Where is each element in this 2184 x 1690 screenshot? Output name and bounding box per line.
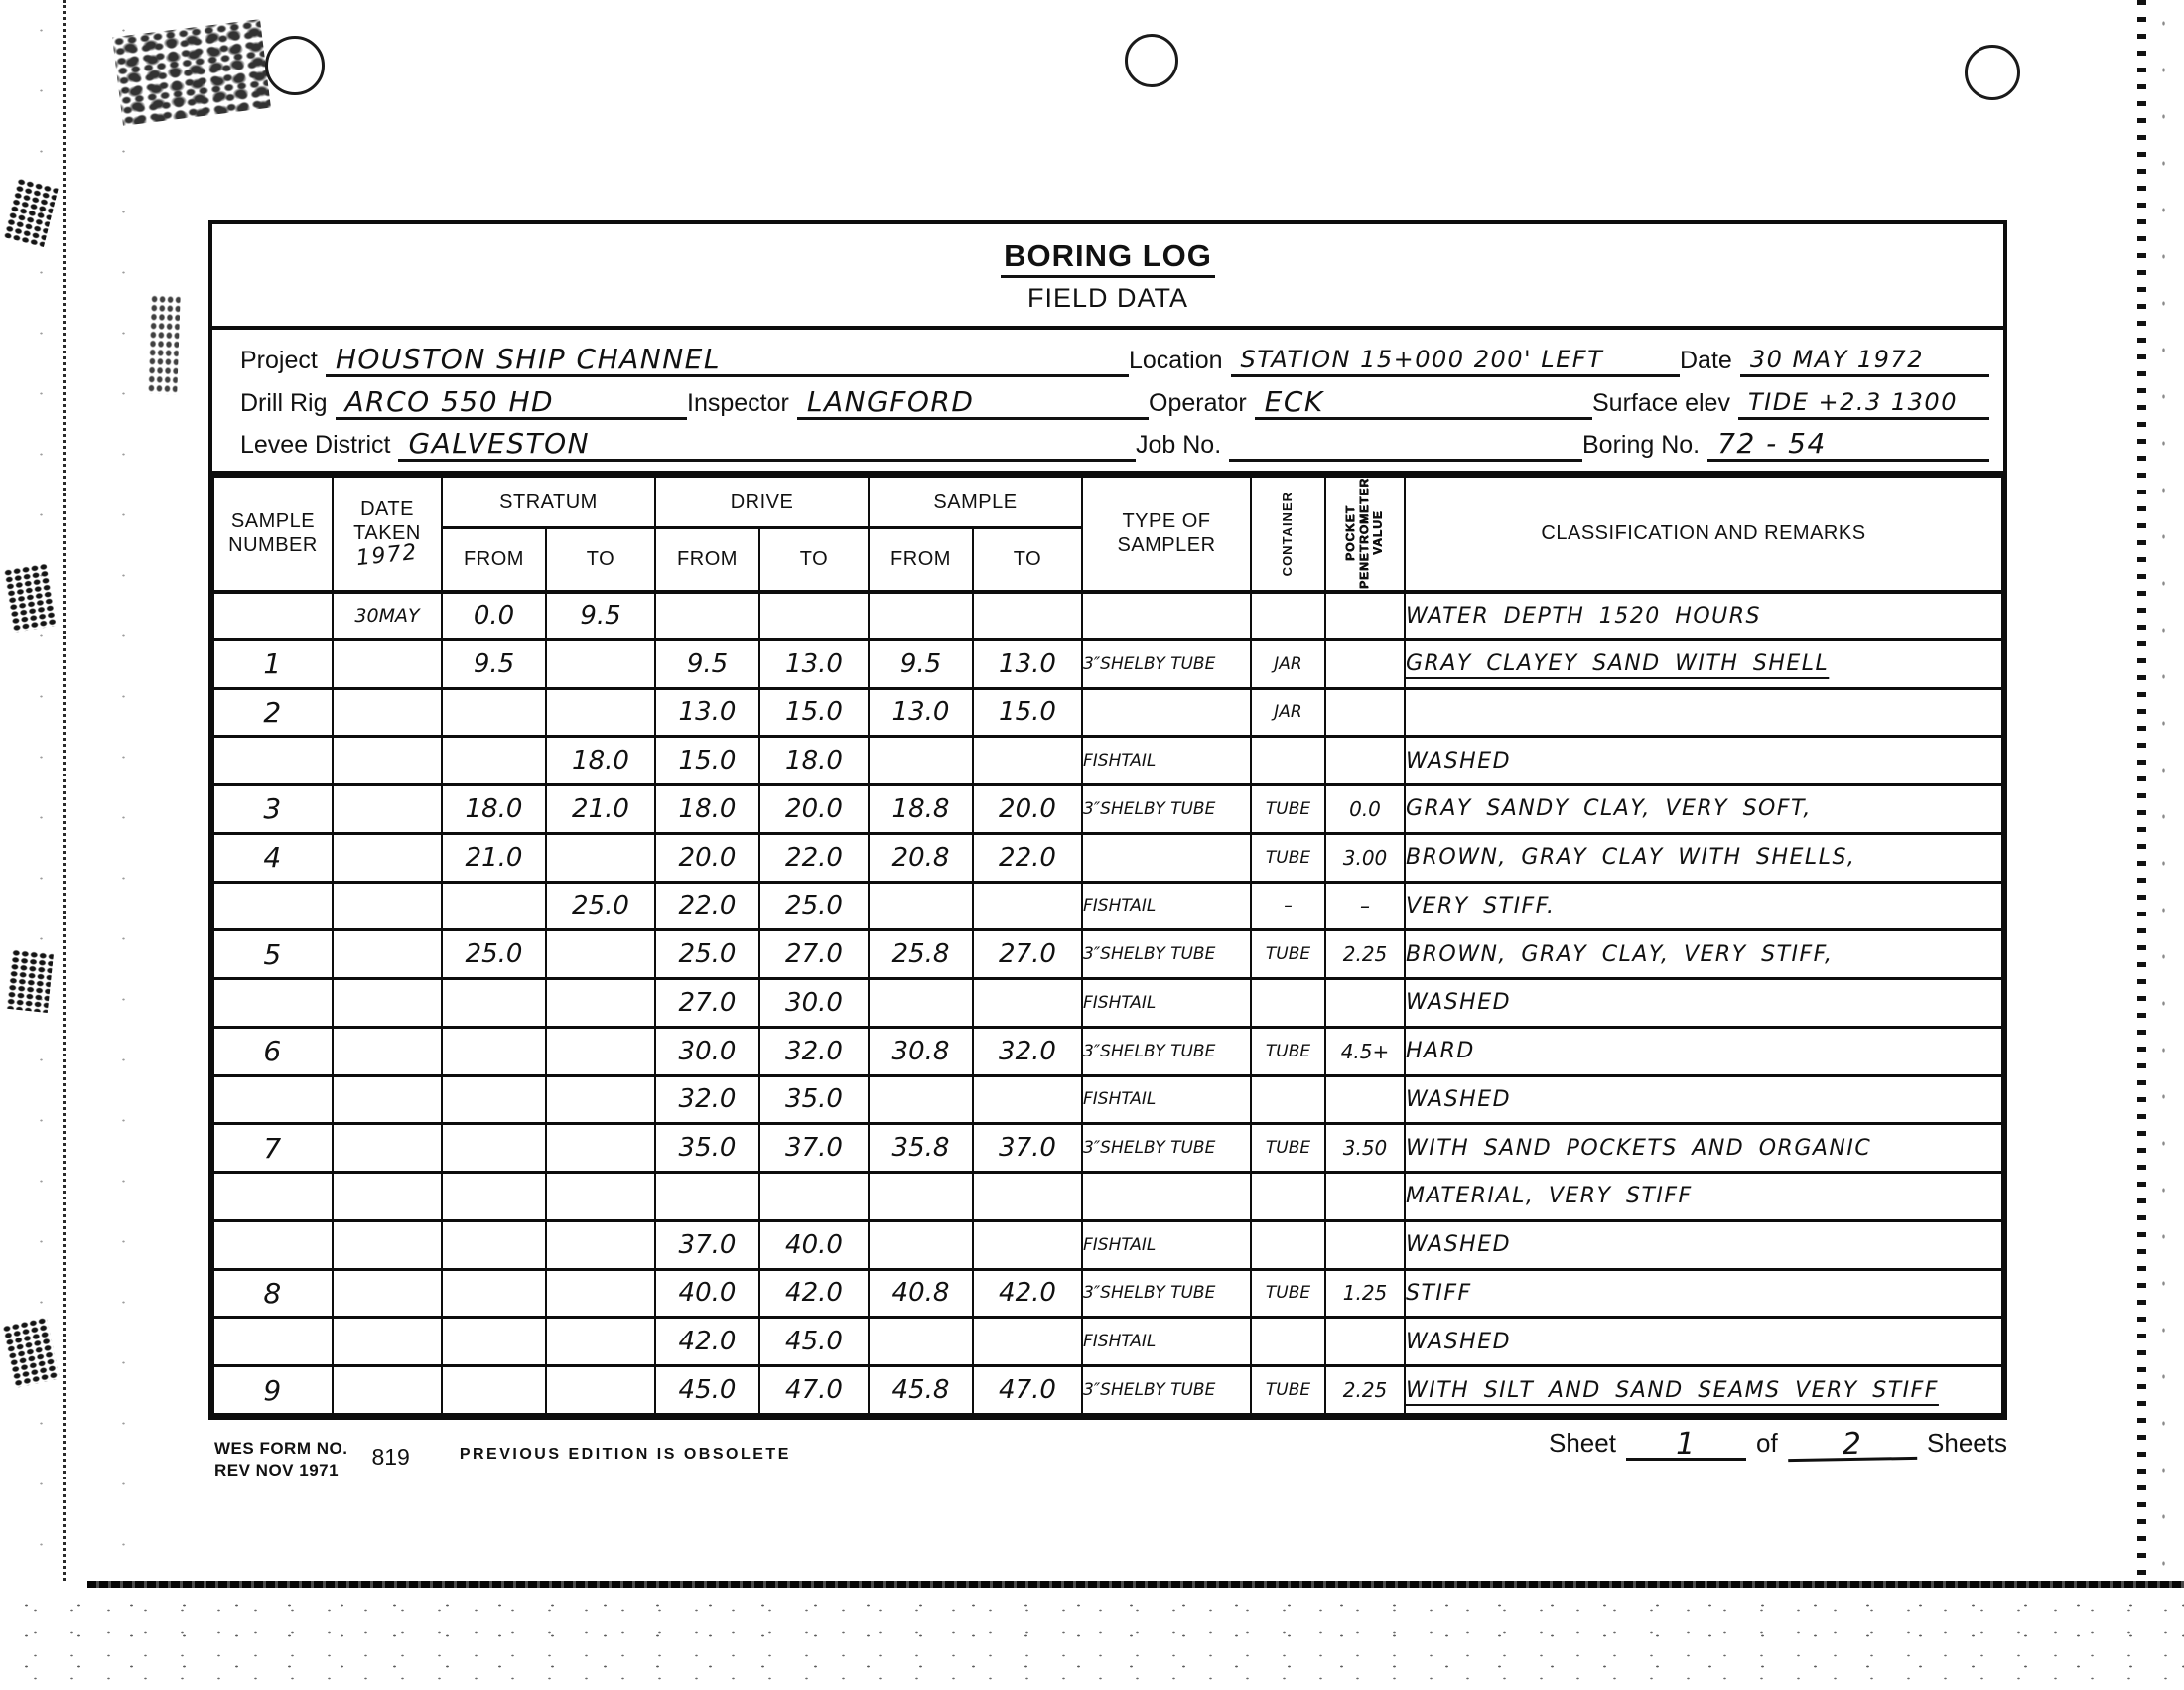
header-stratum: STRATUM [442,477,655,528]
wes-form-line2: REV NOV 1971 [214,1460,347,1481]
cell-stratum-to[interactable]: 9.5 [546,592,655,640]
cell-container[interactable] [1251,1075,1325,1124]
table-row: 1 9.5 9.5 13.0 9.5 13.0 3″SHELBY TUBE JA… [213,639,2002,688]
cell-sample-number[interactable] [213,737,333,785]
cell-sampler[interactable] [1082,688,1251,737]
header-drive-to: TO [759,528,869,592]
cell-stratum-to[interactable] [546,1220,655,1269]
cell-remarks[interactable]: GRAY CLAYEY SAND WITH SHELL [1405,639,2002,688]
location-field[interactable]: STATION 15+000 200' LEFT [1231,345,1680,377]
sheet-counter: Sheet 1 of 2 Sheets [1549,1428,2007,1461]
cell-date-taken[interactable] [333,1124,442,1173]
header-type-of-sampler: TYPE OF SAMPLER [1082,477,1251,592]
cell-sample-to[interactable]: 15.0 [973,688,1082,737]
obsolete-note: PREVIOUS EDITION IS OBSOLETE [460,1446,791,1464]
cell-sampler[interactable]: 3″SHELBY TUBE [1082,930,1251,979]
cell-sample-number[interactable] [213,592,333,640]
cell-sample-to[interactable] [973,737,1082,785]
cell-remarks[interactable]: BROWN, GRAY CLAY WITH SHELLS, [1405,833,2002,882]
cell-sample-from[interactable] [869,979,973,1028]
cell-stratum-from[interactable] [442,1220,546,1269]
cell-sample-from[interactable]: 20.8 [869,833,973,882]
of-label: of [1756,1428,1778,1461]
cell-stratum-from[interactable] [442,979,546,1028]
table-row: 25.0 22.0 25.0 FISHTAIL – – VERY STIFF. [213,882,2002,930]
cell-sample-to[interactable]: 32.0 [973,1027,1082,1075]
cell-penetrometer[interactable]: 0.0 [1325,785,1405,834]
cell-drive-from[interactable]: 37.0 [655,1220,759,1269]
info-row-3: Levee District GALVESTON Job No. Boring … [240,429,1989,462]
cell-remarks[interactable]: GRAY SANDY CLAY, VERY SOFT, [1405,785,2002,834]
cell-drive-from[interactable]: 32.0 [655,1075,759,1124]
cell-remarks[interactable] [1405,688,2002,737]
cell-drive-to[interactable]: 35.0 [759,1075,869,1124]
cell-sampler[interactable]: 3″SHELBY TUBE [1082,639,1251,688]
cell-sample-from[interactable] [869,1318,973,1366]
cell-sample-from[interactable]: 35.8 [869,1124,973,1173]
cell-stratum-to[interactable] [546,1318,655,1366]
cell-drive-to[interactable]: 30.0 [759,979,869,1028]
header-container-label: CONTAINER [1281,492,1296,576]
cell-date-taken[interactable] [333,882,442,930]
cell-date-taken[interactable] [333,1318,442,1366]
cell-stratum-to[interactable]: 25.0 [546,882,655,930]
cell-drive-to[interactable]: 47.0 [759,1366,869,1415]
table-row: 37.0 40.0 FISHTAIL WASHED [213,1220,2002,1269]
cell-stratum-from[interactable] [442,1027,546,1075]
cell-sampler[interactable]: 3″SHELBY TUBE [1082,785,1251,834]
cell-sample-from[interactable] [869,1173,973,1221]
cell-sample-number[interactable]: 4 [213,833,333,882]
cell-date-taken[interactable] [333,1366,442,1415]
cell-penetrometer[interactable]: 2.25 [1325,1366,1405,1415]
cell-sampler[interactable]: 3″SHELBY TUBE [1082,1269,1251,1318]
info-row-2: Drill Rig ARCO 550 HD Inspector LANGFORD… [240,387,1989,420]
inspector-field[interactable]: LANGFORD [797,387,1149,420]
date-label: Date [1680,347,1732,377]
cell-container[interactable]: TUBE [1251,785,1325,834]
header-drive-from: FROM [655,528,759,592]
cell-date-taken[interactable]: 30MAY [333,592,442,640]
table-row: 7 35.0 37.0 35.8 37.0 3″SHELBY TUBE TUBE… [213,1124,2002,1173]
cell-drive-from[interactable]: 27.0 [655,979,759,1028]
cell-sample-from[interactable]: 18.8 [869,785,973,834]
cell-drive-from[interactable]: 22.0 [655,882,759,930]
cell-sample-to[interactable] [973,882,1082,930]
cell-penetrometer[interactable] [1325,737,1405,785]
cell-stratum-to[interactable] [546,688,655,737]
cell-drive-to[interactable]: 45.0 [759,1318,869,1366]
cell-drive-from[interactable]: 40.0 [655,1269,759,1318]
cell-stratum-from[interactable]: 0.0 [442,592,546,640]
cell-sampler[interactable]: FISHTAIL [1082,979,1251,1028]
cell-sample-to[interactable] [973,1173,1082,1221]
header-date-year: 1972 [333,537,442,575]
boring-no-field[interactable]: 72 - 54 [1707,429,1989,462]
cell-penetrometer[interactable]: 2.25 [1325,930,1405,979]
cell-stratum-from[interactable] [442,1124,546,1173]
boring-no-label: Boring No. [1582,431,1700,462]
form-number: 819 [371,1444,409,1471]
cell-sample-from[interactable]: 45.8 [869,1366,973,1415]
cell-drive-from[interactable]: 20.0 [655,833,759,882]
cell-date-taken[interactable] [333,1027,442,1075]
cell-stratum-from[interactable] [442,1318,546,1366]
header-sample-number: SAMPLE NUMBER [213,477,333,592]
surface-elev-field[interactable]: TIDE +2.3 1300 [1738,387,1989,420]
cell-remarks[interactable]: WASHED [1405,1075,2002,1124]
surface-elev-label: Surface elev [1592,389,1730,420]
cell-stratum-to[interactable]: 18.0 [546,737,655,785]
scan-noise-right [2149,0,2184,1579]
cell-drive-to[interactable]: 18.0 [759,737,869,785]
cell-sample-to[interactable]: 13.0 [973,639,1082,688]
cell-date-taken[interactable] [333,833,442,882]
cell-sample-number[interactable]: 1 [213,639,333,688]
cell-container[interactable]: JAR [1251,639,1325,688]
cell-date-taken[interactable] [333,1220,442,1269]
cell-date-taken[interactable] [333,785,442,834]
cell-container[interactable] [1251,1173,1325,1221]
table-row: MATERIAL, VERY STIFF [213,1173,2002,1221]
cell-drive-from[interactable]: 13.0 [655,688,759,737]
cell-container[interactable] [1251,592,1325,640]
header-sample-to: TO [973,528,1082,592]
cell-stratum-to[interactable] [546,1173,655,1221]
punch-hole [265,36,325,95]
cell-drive-to[interactable]: 27.0 [759,930,869,979]
cell-stratum-to[interactable] [546,930,655,979]
cell-date-taken[interactable] [333,1075,442,1124]
cell-date-taken[interactable] [333,737,442,785]
cell-sample-from[interactable]: 13.0 [869,688,973,737]
cell-remarks[interactable]: WASHED [1405,1318,2002,1366]
cell-drive-from[interactable]: 45.0 [655,1366,759,1415]
paper-bottom-edge [87,1581,2184,1588]
header-drive: DRIVE [655,477,869,528]
cell-sample-number[interactable] [213,1173,333,1221]
boring-log-table: SAMPLE NUMBER DATE TAKEN 1972 STRATUM DR… [212,475,2003,1416]
table-row: 18.0 15.0 18.0 FISHTAIL WASHED [213,737,2002,785]
cell-drive-to[interactable] [759,592,869,640]
cell-stratum-to[interactable]: 21.0 [546,785,655,834]
cell-sampler[interactable]: FISHTAIL [1082,1220,1251,1269]
cell-stratum-from[interactable] [442,688,546,737]
job-no-label: Job No. [1136,431,1221,462]
cell-remarks[interactable]: MATERIAL, VERY STIFF [1405,1173,2002,1221]
header-classification: CLASSIFICATION AND REMARKS [1405,477,2002,592]
cell-drive-to[interactable]: 13.0 [759,639,869,688]
cell-stratum-to[interactable] [546,1027,655,1075]
cell-sample-number[interactable]: 9 [213,1366,333,1415]
cell-stratum-from[interactable] [442,882,546,930]
cell-sample-number[interactable] [213,882,333,930]
levee-district-label: Levee District [240,431,390,462]
cell-remarks[interactable]: WASHED [1405,737,2002,785]
table-row: 8 40.0 42.0 40.8 42.0 3″SHELBY TUBE TUBE… [213,1269,2002,1318]
cell-sample-number[interactable]: 6 [213,1027,333,1075]
cell-sample-number[interactable]: 5 [213,930,333,979]
cell-remarks[interactable]: WASHED [1405,979,2002,1028]
cell-container[interactable] [1251,1220,1325,1269]
cell-remarks[interactable]: VERY STIFF. [1405,882,2002,930]
cell-sample-number[interactable]: 2 [213,688,333,737]
ink-smudge [6,949,54,1013]
cell-sampler[interactable]: 3″SHELBY TUBE [1082,1027,1251,1075]
cell-container[interactable]: TUBE [1251,833,1325,882]
info-row-1: Project HOUSTON SHIP CHANNEL Location ST… [240,345,1989,377]
cell-stratum-to[interactable] [546,979,655,1028]
cell-drive-to[interactable]: 25.0 [759,882,869,930]
cell-date-taken[interactable] [333,639,442,688]
cell-drive-to[interactable]: 22.0 [759,833,869,882]
cell-date-taken[interactable] [333,930,442,979]
cell-drive-from[interactable]: 35.0 [655,1124,759,1173]
boring-table-body: 30MAY 0.0 9.5 WATER DEPTH 1520 HOURS 1 9… [213,592,2002,1415]
cell-sample-from[interactable]: 25.8 [869,930,973,979]
cell-sampler[interactable]: FISHTAIL [1082,1075,1251,1124]
cell-penetrometer[interactable] [1325,979,1405,1028]
drill-rig-label: Drill Rig [240,389,328,420]
cell-sampler[interactable]: 3″SHELBY TUBE [1082,1124,1251,1173]
cell-drive-from[interactable]: 15.0 [655,737,759,785]
cell-drive-to[interactable] [759,1173,869,1221]
stamp-smudge [112,19,271,126]
cell-sampler[interactable]: FISHTAIL [1082,1318,1251,1366]
cell-remarks[interactable]: BROWN, GRAY CLAY, VERY STIFF, [1405,930,2002,979]
cell-penetrometer[interactable]: 3.00 [1325,833,1405,882]
header-date-taken: DATE TAKEN 1972 [333,477,442,592]
header-container: CONTAINER [1251,477,1325,592]
punch-hole [1125,34,1178,87]
cell-container[interactable]: JAR [1251,688,1325,737]
table-row: 2 13.0 15.0 13.0 15.0 JAR [213,688,2002,737]
header-sample: SAMPLE [869,477,1082,528]
cell-penetrometer[interactable]: 1.25 [1325,1269,1405,1318]
cell-sample-from[interactable]: 30.8 [869,1027,973,1075]
cell-sample-to[interactable]: 27.0 [973,930,1082,979]
cell-sample-from[interactable] [869,1075,973,1124]
inspector-label: Inspector [687,389,789,420]
sheet-label: Sheet [1549,1428,1616,1461]
header-stratum-from: FROM [442,528,546,592]
cell-drive-from[interactable] [655,592,759,640]
cell-stratum-from[interactable]: 21.0 [442,833,546,882]
cell-sample-from[interactable] [869,737,973,785]
cell-drive-from[interactable] [655,1173,759,1221]
boring-log-form: BORING LOG FIELD DATA Project HOUSTON SH… [208,220,2007,1420]
cell-container[interactable]: TUBE [1251,1124,1325,1173]
cell-sampler[interactable] [1082,592,1251,640]
project-label: Project [240,347,318,377]
cell-penetrometer[interactable] [1325,592,1405,640]
cell-stratum-to[interactable] [546,1075,655,1124]
table-row: 6 30.0 32.0 30.8 32.0 3″SHELBY TUBE TUBE… [213,1027,2002,1075]
cell-penetrometer[interactable] [1325,1318,1405,1366]
cell-sample-number[interactable]: 7 [213,1124,333,1173]
cell-sample-to[interactable] [973,979,1082,1028]
cell-sample-to[interactable]: 42.0 [973,1269,1082,1318]
sheet-total-field[interactable]: 2 [1787,1431,1917,1462]
cell-sampler[interactable]: FISHTAIL [1082,737,1251,785]
cell-date-taken[interactable] [333,1269,442,1318]
cell-penetrometer[interactable] [1325,639,1405,688]
cell-sample-to[interactable]: 37.0 [973,1124,1082,1173]
sheets-label: Sheets [1927,1428,2007,1461]
cell-sample-number[interactable] [213,1318,333,1366]
cell-container[interactable] [1251,979,1325,1028]
cell-penetrometer[interactable] [1325,1075,1405,1124]
cell-sampler[interactable] [1082,833,1251,882]
cell-sampler[interactable]: 3″SHELBY TUBE [1082,1366,1251,1415]
cell-sample-number[interactable] [213,1075,333,1124]
cell-sample-to[interactable] [973,1220,1082,1269]
cell-remarks[interactable]: WITH SAND POCKETS AND ORGANIC [1405,1124,2002,1173]
cell-drive-from[interactable]: 42.0 [655,1318,759,1366]
cell-date-taken[interactable] [333,688,442,737]
table-row: 4 21.0 20.0 22.0 20.8 22.0 TUBE 3.00 BRO… [213,833,2002,882]
drill-rig-field[interactable]: ARCO 550 HD [336,387,688,420]
title-block: BORING LOG FIELD DATA [212,224,2003,330]
wes-form-line1: WES FORM NO. [214,1438,347,1460]
cell-date-taken[interactable] [333,1173,442,1221]
cell-drive-to[interactable]: 15.0 [759,688,869,737]
cell-drive-to[interactable]: 42.0 [759,1269,869,1318]
cell-penetrometer[interactable]: – [1325,882,1405,930]
date-field[interactable]: 30 MAY 1972 [1740,345,1989,377]
cell-sample-number[interactable] [213,979,333,1028]
cell-remarks[interactable]: STIFF [1405,1269,2002,1318]
cell-stratum-to[interactable] [546,1124,655,1173]
cell-stratum-to[interactable] [546,1269,655,1318]
cell-sample-number[interactable]: 3 [213,785,333,834]
cell-remarks[interactable]: WATER DEPTH 1520 HOURS [1405,592,2002,640]
cell-sample-from[interactable]: 40.8 [869,1269,973,1318]
sheet-number-field[interactable]: 1 [1626,1432,1746,1461]
cell-stratum-to[interactable] [546,639,655,688]
cell-container[interactable]: TUBE [1251,930,1325,979]
cell-drive-from[interactable]: 9.5 [655,639,759,688]
cell-remarks[interactable]: HARD [1405,1027,2002,1075]
cell-sampler[interactable] [1082,1173,1251,1221]
cell-stratum-from[interactable]: 9.5 [442,639,546,688]
table-row: 27.0 30.0 FISHTAIL WASHED [213,979,2002,1028]
form-subtitle: FIELD DATA [212,283,2003,314]
levee-district-field[interactable]: GALVESTON [398,429,1136,462]
table-row: 9 45.0 47.0 45.8 47.0 3″SHELBY TUBE TUBE… [213,1366,2002,1415]
cell-container[interactable] [1251,737,1325,785]
form-footer-left: WES FORM NO. REV NOV 1971 819 PREVIOUS E… [214,1438,791,1481]
cell-drive-from[interactable]: 25.0 [655,930,759,979]
cell-stratum-from[interactable]: 25.0 [442,930,546,979]
cell-drive-to[interactable]: 20.0 [759,785,869,834]
cell-sample-to[interactable]: 22.0 [973,833,1082,882]
cell-sample-to[interactable]: 20.0 [973,785,1082,834]
table-row: 3 18.0 21.0 18.0 20.0 18.8 20.0 3″SHELBY… [213,785,2002,834]
cell-penetrometer[interactable]: 3.50 [1325,1124,1405,1173]
job-no-field[interactable] [1229,459,1582,462]
scan-noise-bottom [0,1590,2184,1690]
cell-stratum-from[interactable] [442,1269,546,1318]
cell-stratum-to[interactable] [546,1366,655,1415]
cell-penetrometer[interactable] [1325,1220,1405,1269]
cell-penetrometer[interactable]: 4.5+ [1325,1027,1405,1075]
cell-drive-to[interactable]: 40.0 [759,1220,869,1269]
header-sample-from: FROM [869,528,973,592]
cell-stratum-from[interactable]: 18.0 [442,785,546,834]
cell-sample-to[interactable] [973,1318,1082,1366]
form-title: BORING LOG [1001,238,1215,278]
cell-sample-to[interactable]: 47.0 [973,1366,1082,1415]
cell-drive-from[interactable]: 30.0 [655,1027,759,1075]
cell-sample-from[interactable] [869,882,973,930]
info-block: Project HOUSTON SHIP CHANNEL Location ST… [212,330,2003,475]
cell-sample-from[interactable] [869,1220,973,1269]
cell-drive-from[interactable]: 18.0 [655,785,759,834]
cell-sample-to[interactable] [973,1075,1082,1124]
project-field[interactable]: HOUSTON SHIP CHANNEL [326,345,1129,377]
cell-stratum-to[interactable] [546,833,655,882]
cell-sample-from[interactable]: 9.5 [869,639,973,688]
operator-label: Operator [1149,389,1247,420]
header-pocket-penetrometer-label: POCKET PENETROMETER VALUE [1344,478,1385,589]
operator-field[interactable]: ECK [1255,387,1592,420]
header-date-taken-label: DATE TAKEN [353,498,421,544]
cell-sample-number[interactable]: 8 [213,1269,333,1318]
cell-remarks[interactable]: WITH SILT AND SAND SEAMS VERY STIFF [1405,1366,2002,1415]
cell-sample-from[interactable] [869,592,973,640]
cell-container[interactable]: TUBE [1251,1366,1325,1415]
header-pocket-penetrometer: POCKET PENETROMETER VALUE [1325,477,1405,592]
table-row: 5 25.0 25.0 27.0 25.8 27.0 3″SHELBY TUBE… [213,930,2002,979]
cell-stratum-from[interactable] [442,1075,546,1124]
perforation-edge [2137,0,2146,1579]
cell-stratum-from[interactable] [442,1173,546,1221]
cell-drive-to[interactable]: 37.0 [759,1124,869,1173]
cell-remarks[interactable]: WASHED [1405,1220,2002,1269]
cell-sampler[interactable]: FISHTAIL [1082,882,1251,930]
location-label: Location [1129,347,1223,377]
cell-date-taken[interactable] [333,979,442,1028]
cell-container[interactable]: TUBE [1251,1027,1325,1075]
table-row: 32.0 35.0 FISHTAIL WASHED [213,1075,2002,1124]
cell-container[interactable]: – [1251,882,1325,930]
header-stratum-to: TO [546,528,655,592]
punch-hole [1965,45,2020,100]
cell-container[interactable]: TUBE [1251,1269,1325,1318]
cell-sample-to[interactable] [973,592,1082,640]
cell-container[interactable] [1251,1318,1325,1366]
table-row: 42.0 45.0 FISHTAIL WASHED [213,1318,2002,1366]
cell-sample-number[interactable] [213,1220,333,1269]
ink-smudge [147,295,180,395]
cell-drive-to[interactable]: 32.0 [759,1027,869,1075]
cell-stratum-from[interactable] [442,1366,546,1415]
cell-stratum-from[interactable] [442,737,546,785]
table-row: 30MAY 0.0 9.5 WATER DEPTH 1520 HOURS [213,592,2002,640]
wes-form-number: WES FORM NO. REV NOV 1971 [214,1438,347,1481]
cell-penetrometer[interactable] [1325,688,1405,737]
cell-penetrometer[interactable] [1325,1173,1405,1221]
